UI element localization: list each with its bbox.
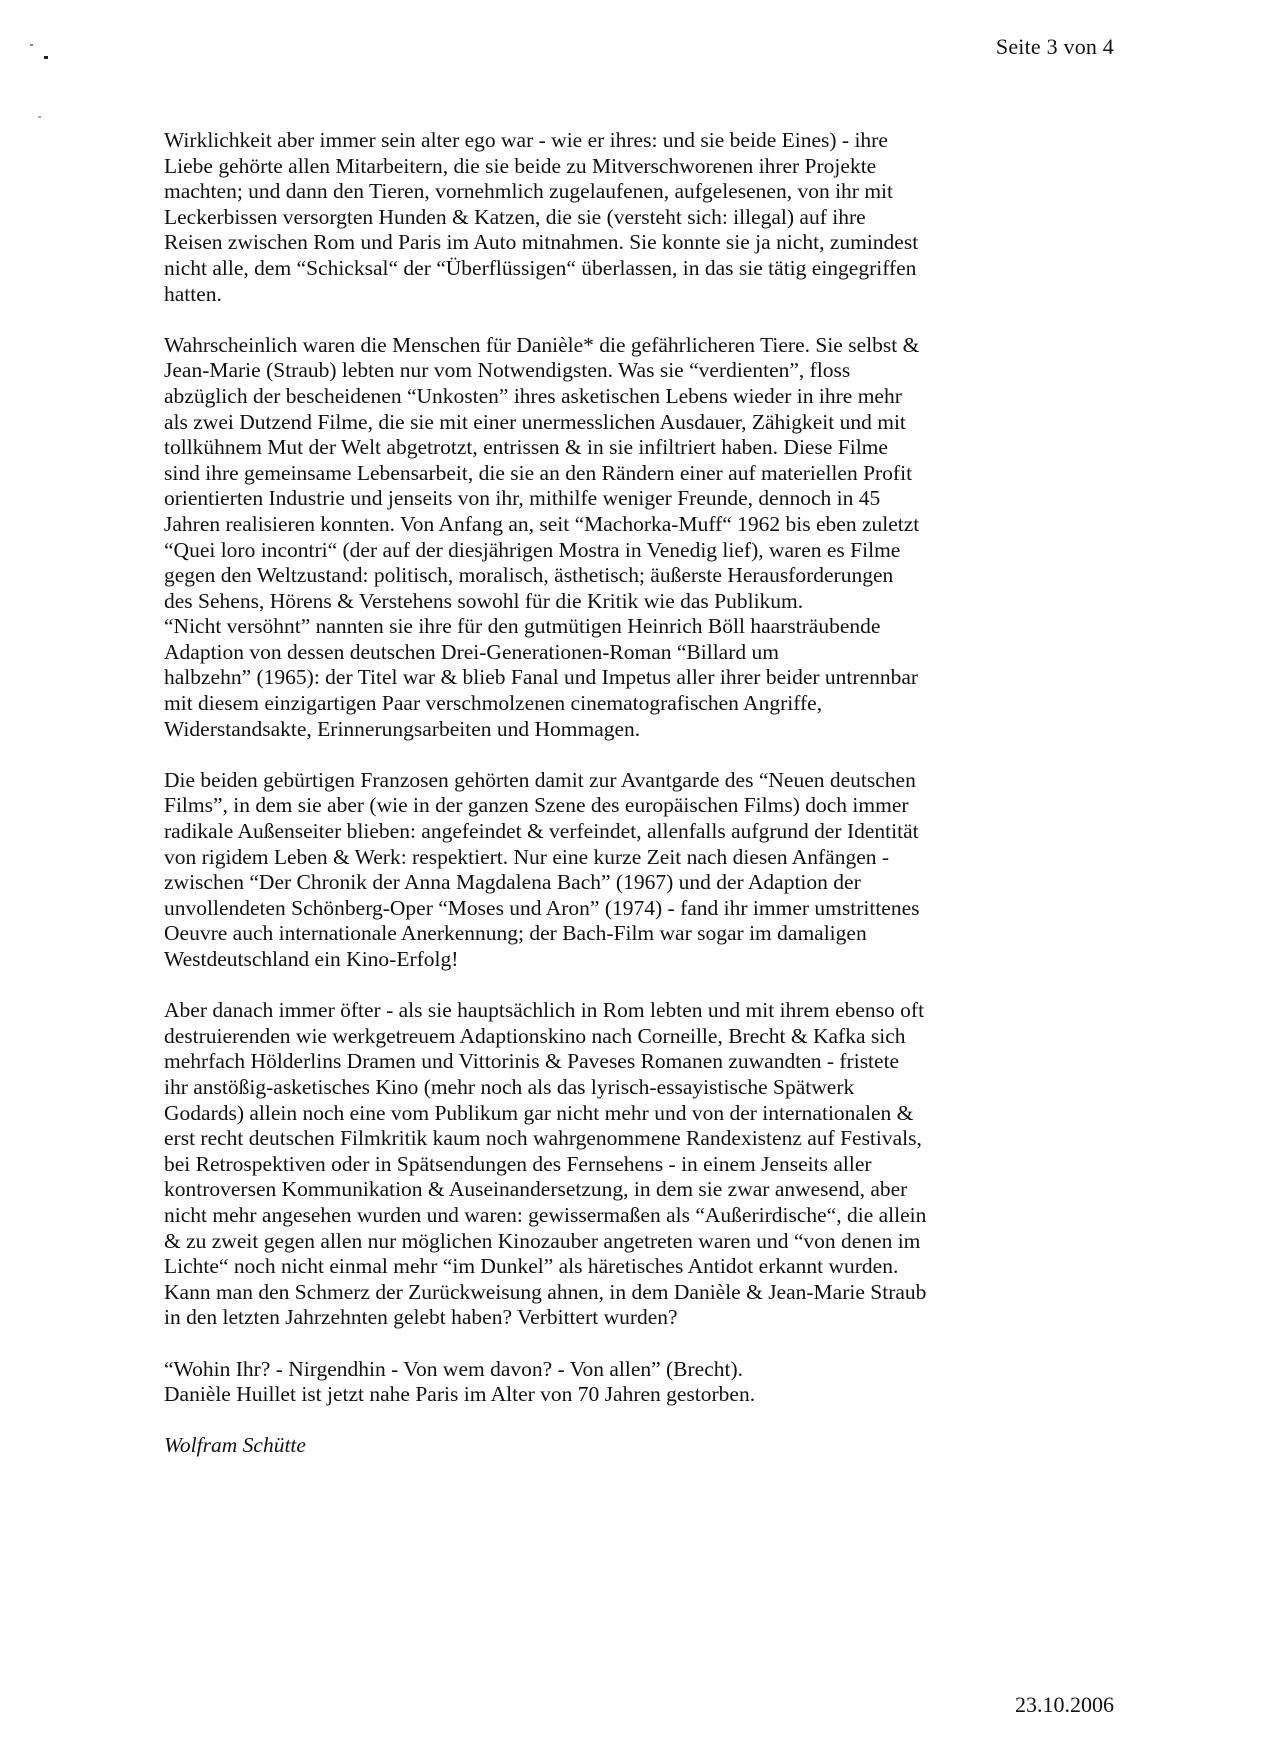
text-line: Oeuvre auch internationale Anerkennung; … (164, 921, 1124, 947)
text-line: destruierenden wie werkgetreuem Adaption… (164, 1024, 1124, 1050)
author-signature: Wolfram Schütte (164, 1433, 1124, 1459)
paragraph-4: Aber danach immer öfter - als sie haupts… (164, 998, 1124, 1331)
text-line: sind ihre gemeinsame Lebensarbeit, die s… (164, 461, 1124, 487)
text-line: erst recht deutschen Filmkritik kaum noc… (164, 1126, 1124, 1152)
scan-artifact (38, 116, 41, 118)
paragraph-1: Wirklichkeit aber immer sein alter ego w… (164, 128, 1124, 307)
text-line: abzüglich der bescheidenen “Unkosten” ih… (164, 384, 1124, 410)
text-line: des Sehens, Hörens & Verstehens sowohl f… (164, 589, 1124, 615)
paragraph-2: Wahrscheinlich waren die Menschen für Da… (164, 333, 1124, 743)
text-line: mit diesem einzigartigen Paar verschmolz… (164, 691, 1124, 717)
text-line: orientierten Industrie und jenseits von … (164, 486, 1124, 512)
text-line: Die beiden gebürtigen Franzosen gehörten… (164, 768, 1124, 794)
text-line: Lichte“ noch nicht einmal mehr “im Dunke… (164, 1254, 1124, 1280)
text-line: “Nicht versöhnt” nannten sie ihre für de… (164, 614, 1124, 640)
text-line: kontroversen Kommunikation & Auseinander… (164, 1177, 1124, 1203)
text-line: Liebe gehörte allen Mitarbeitern, die si… (164, 154, 1124, 180)
text-line: hatten. (164, 282, 1124, 308)
text-line: bei Retrospektiven oder in Spätsendungen… (164, 1152, 1124, 1178)
page-indicator: Seite 3 von 4 (996, 34, 1114, 60)
text-line: Westdeutschland ein Kino-Erfolg! (164, 947, 1124, 973)
text-line: Danièle Huillet ist jetzt nahe Paris im … (164, 1382, 1124, 1408)
text-line: Leckerbissen versorgten Hunden & Katzen,… (164, 205, 1124, 231)
text-line: tollkühnem Mut der Welt abgetrotzt, entr… (164, 435, 1124, 461)
text-line: Wahrscheinlich waren die Menschen für Da… (164, 333, 1124, 359)
text-line: Aber danach immer öfter - als sie haupts… (164, 998, 1124, 1024)
paragraph-3: Die beiden gebürtigen Franzosen gehörten… (164, 768, 1124, 973)
text-line: Reisen zwischen Rom und Paris im Auto mi… (164, 230, 1124, 256)
text-line: von rigidem Leben & Werk: respektiert. N… (164, 845, 1124, 871)
text-line: radikale Außenseiter blieben: angefeinde… (164, 819, 1124, 845)
text-line: gegen den Weltzustand: politisch, morali… (164, 563, 1124, 589)
text-line: machten; und dann den Tieren, vornehmlic… (164, 179, 1124, 205)
text-line: nicht alle, dem “Schicksal“ der “Überflü… (164, 256, 1124, 282)
document-date: 23.10.2006 (1015, 1692, 1114, 1718)
text-line: Godards) allein noch eine vom Publikum g… (164, 1101, 1124, 1127)
text-line: unvollendeten Schönberg-Oper “Moses und … (164, 896, 1124, 922)
text-line: Adaption von dessen deutschen Drei-Gener… (164, 640, 1124, 666)
text-line: ihr anstößig-asketisches Kino (mehr noch… (164, 1075, 1124, 1101)
document-page: Seite 3 von 4 Wirklichkeit aber immer se… (0, 0, 1266, 1738)
scan-artifact (44, 56, 48, 59)
text-line: & zu zweit gegen allen nur möglichen Kin… (164, 1229, 1124, 1255)
text-line: Kann man den Schmerz der Zurückweisung a… (164, 1280, 1124, 1306)
text-line: halbzehn” (1965): der Titel war & blieb … (164, 665, 1124, 691)
text-line: Jahren realisieren konnten. Von Anfang a… (164, 512, 1124, 538)
text-line: Widerstandsakte, Erinnerungsarbeiten und… (164, 717, 1124, 743)
text-line: in den letzten Jahrzehnten gelebt haben?… (164, 1305, 1124, 1331)
text-line: Films”, in dem sie aber (wie in der ganz… (164, 793, 1124, 819)
text-line: “Wohin Ihr? - Nirgendhin - Von wem davon… (164, 1357, 1124, 1383)
paragraph-5: “Wohin Ihr? - Nirgendhin - Von wem davon… (164, 1357, 1124, 1408)
text-line: als zwei Dutzend Filme, die sie mit eine… (164, 410, 1124, 436)
text-line: Wirklichkeit aber immer sein alter ego w… (164, 128, 1124, 154)
text-line: mehrfach Hölderlins Dramen und Vittorini… (164, 1049, 1124, 1075)
text-line: nicht mehr angesehen wurden und waren: g… (164, 1203, 1124, 1229)
text-line: “Quei loro incontri“ (der auf der diesjä… (164, 538, 1124, 564)
text-line: zwischen “Der Chronik der Anna Magdalena… (164, 870, 1124, 896)
text-line: Jean-Marie (Straub) lebten nur vom Notwe… (164, 358, 1124, 384)
scan-artifact (30, 44, 33, 46)
article-body: Wirklichkeit aber immer sein alter ego w… (164, 128, 1124, 1484)
